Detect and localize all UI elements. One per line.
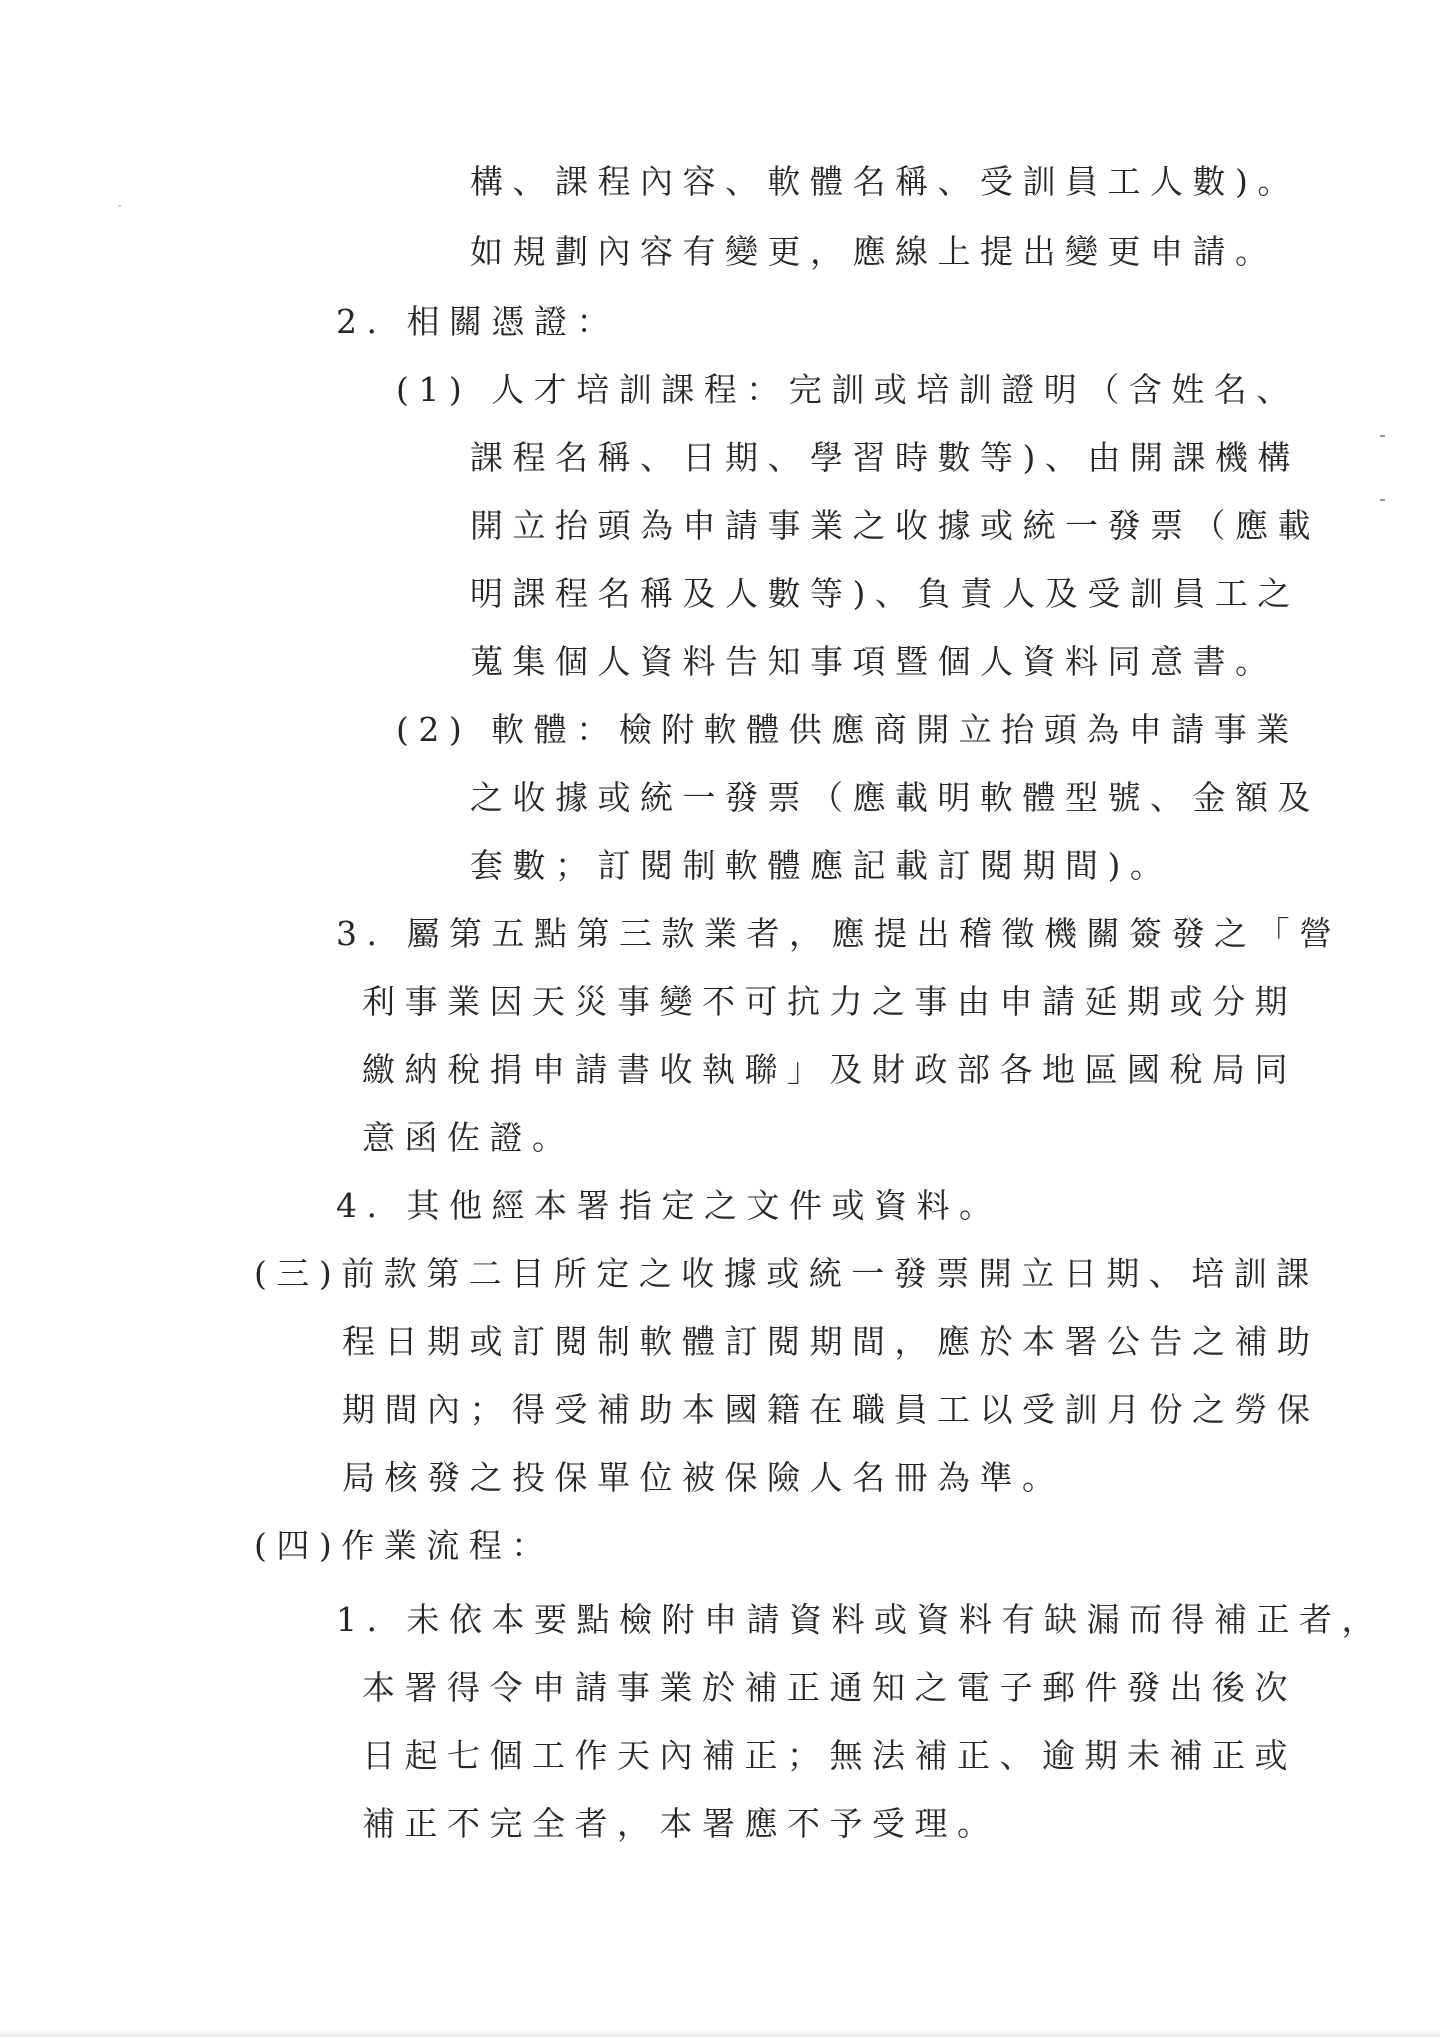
document-line: 蒐集個人資料告知事項暨個人資料同意書。 [470,642,1278,682]
scan-bottom-edge [0,2029,1440,2037]
scan-speck [1380,435,1385,437]
document-line: (2) 軟體：檢附軟體供應商開立抬頭為申請事業 [396,710,1299,750]
document-line: 明課程名稱及人數等)、負責人及受訓員工之 [470,574,1300,614]
document-line: 2. 相關憑證： [336,302,619,342]
document-line: 之收據或統一發票（應載明軟體型號、金額及 [470,778,1320,818]
document-line: 意函佐證。 [362,1118,575,1158]
document-line: 本署得令申請事業於補正通知之電子郵件發出後次 [362,1668,1297,1708]
document-line: 繳納稅捐申請書收執聯」及財政部各地區國稅局同 [362,1050,1297,1090]
document-line: 3. 屬第五點第三款業者，應提出稽徵機關簽發之「營 [336,914,1341,954]
document-line: (四)作業流程： [254,1526,554,1566]
document-line: 構、課程內容、軟體名稱、受訓員工人數)。 [470,162,1300,202]
document-line: 日起七個工作天內補正；無法補正、逾期未補正或 [362,1736,1297,1776]
document-line: (1) 人才培訓課程：完訓或培訓證明（含姓名、 [396,370,1299,410]
document-line: 4. 其他經本署指定之文件或資料。 [336,1186,1001,1226]
document-line: 程日期或訂閱制軟體訂閱期間，應於本署公告之補助 [342,1322,1320,1362]
document-line: 如規劃內容有變更，應線上提出變更申請。 [470,232,1278,272]
document-line: 套數；訂閱制軟體應記載訂閱期間)。 [470,846,1172,886]
document-line: 1. 未依本要點檢附申請資料或資料有缺漏而得補正者， [336,1600,1384,1640]
document-line: 期間內；得受補助本國籍在職員工以受訓月份之勞保 [342,1390,1320,1430]
document-line: (三)前款第二目所定之收據或統一發票開立日期、培訓課 [254,1254,1319,1294]
scan-speck [118,205,121,207]
document-line: 利事業因天災事變不可抗力之事由申請延期或分期 [362,982,1297,1022]
document-line: 局核發之投保單位被保險人名冊為準。 [342,1458,1065,1498]
document-line: 開立抬頭為申請事業之收據或統一發票（應載 [470,506,1320,546]
scanned-document-page: 構、課程內容、軟體名稱、受訓員工人數)。如規劃內容有變更，應線上提出變更申請。2… [0,0,1440,2037]
document-line: 課程名稱、日期、學習時數等)、由開課機構 [470,438,1300,478]
scan-speck [1380,499,1385,501]
document-line: 補正不完全者，本署應不予受理。 [362,1804,1000,1844]
